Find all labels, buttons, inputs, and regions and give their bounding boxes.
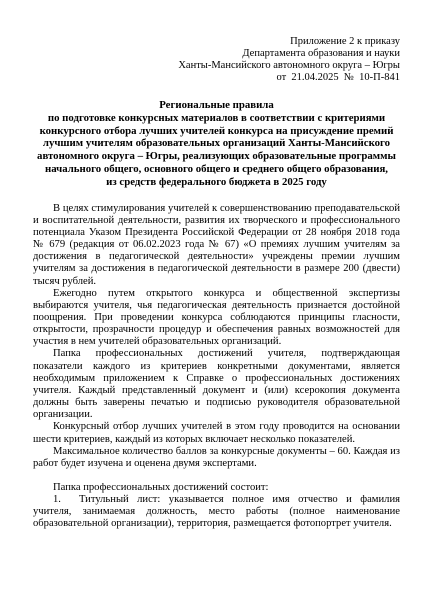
folder-intro: Папка профессиональных достижений состои… bbox=[33, 482, 400, 494]
document-title: Региональные правила по подготовке конку… bbox=[33, 99, 400, 189]
title-line: Региональные правила bbox=[33, 99, 400, 112]
header-line: Ханты-Мансийского автономного округа – Ю… bbox=[33, 60, 400, 72]
document-page: Приложение 2 к приказу Департамента обра… bbox=[0, 0, 424, 600]
paragraph: Конкурсный отбор лучших учителей в этом … bbox=[33, 421, 400, 445]
header-line: Приложение 2 к приказу bbox=[33, 36, 400, 48]
list-item: 1.Титульный лист: указывается полное имя… bbox=[33, 494, 400, 530]
paragraph: Максимальное количество баллов за конкур… bbox=[33, 446, 400, 470]
list-item-text: Титульный лист: указывается полное имя о… bbox=[33, 494, 400, 529]
title-line: лучшим учителям образовательных организа… bbox=[33, 137, 400, 150]
paragraph: Ежегодно путем открытого конкурса и обще… bbox=[33, 288, 400, 349]
list-item-number: 1. bbox=[53, 494, 61, 505]
header-line: Департамента образования и науки bbox=[33, 48, 400, 60]
title-line: конкурсного отбора лучших учителей конку… bbox=[33, 125, 400, 138]
document-header: Приложение 2 к приказу Департамента обра… bbox=[33, 36, 400, 84]
paragraph: В целях стимулирования учителей к соверш… bbox=[33, 203, 400, 288]
header-line: от 21.04.2025 № 10-П-841 bbox=[33, 72, 400, 84]
title-line: из средств федерального бюджета в 2025 г… bbox=[33, 176, 400, 189]
paragraph: Папка профессиональных достижений учител… bbox=[33, 348, 400, 421]
document-body: В целях стимулирования учителей к соверш… bbox=[33, 203, 400, 531]
title-line: автономного округа – Югры, реализующих о… bbox=[33, 150, 400, 163]
title-line: начального общего, основного общего и ср… bbox=[33, 163, 400, 176]
title-line: по подготовке конкурсных материалов в со… bbox=[33, 112, 400, 125]
